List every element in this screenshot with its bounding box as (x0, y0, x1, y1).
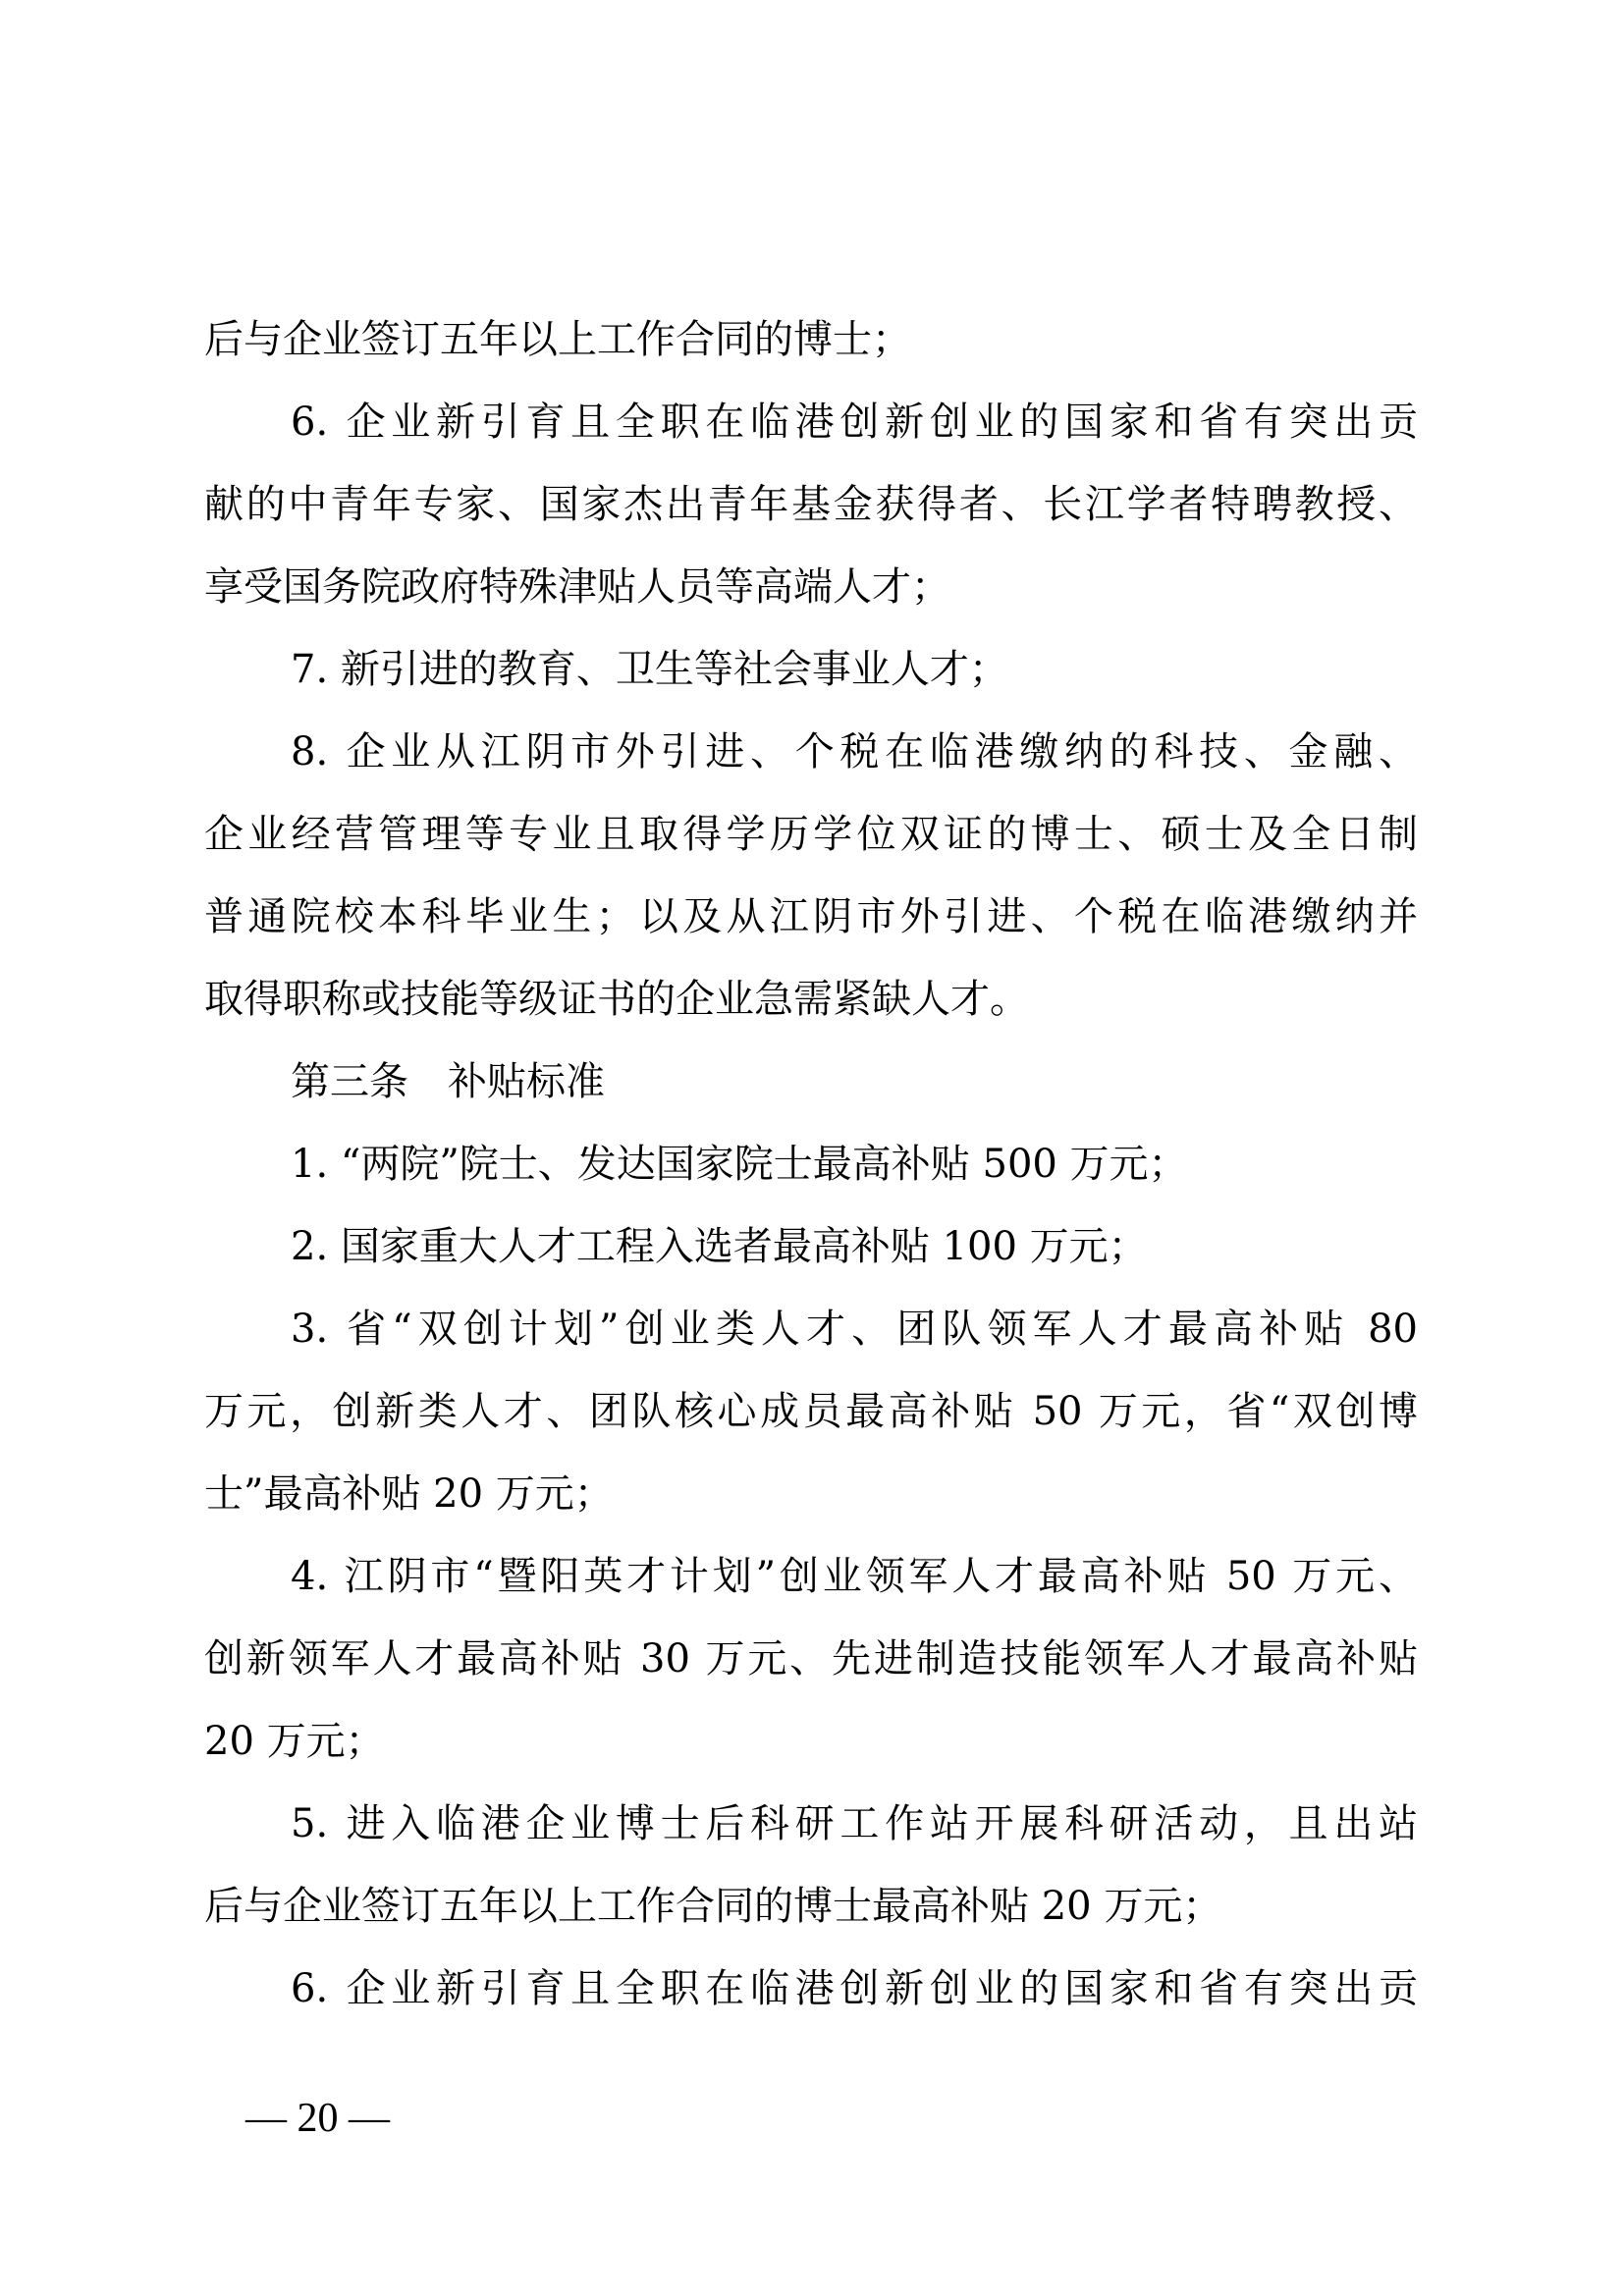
text-line: 创新领军人才最高补贴 30 万元、先进制造技能领军人才最高补贴 (204, 1629, 1418, 1688)
text-line: 4. 江阴市“暨阳英才计划”创业领军人才最高补贴 50 万元、 (291, 1547, 1418, 1606)
text-line: 企业经营管理等专业且取得学历学位双证的博士、硕士及全日制 (204, 805, 1418, 864)
section-heading: 第三条 补贴标准 (291, 1052, 1418, 1111)
text-line: 7. 新引进的教育、卫生等社会事业人才； (291, 640, 1418, 699)
text-line: 2. 国家重大人才工程入选者最高补贴 100 万元； (291, 1217, 1418, 1276)
text-line: 6. 企业新引育且全职在临港创新创业的国家和省有突出贡 (291, 393, 1418, 452)
text-line: 后与企业签订五年以上工作合同的博士最高补贴 20 万元； (204, 1877, 1418, 1936)
document-page: 后与企业签订五年以上工作合同的博士； 6. 企业新引育且全职在临港创新创业的国家… (0, 0, 1624, 2296)
text-line: 后与企业签订五年以上工作合同的博士； (204, 310, 1418, 369)
text-line: 6. 企业新引育且全职在临港创新创业的国家和省有突出贡 (291, 1959, 1418, 2018)
text-line: 5. 进入临港企业博士后科研工作站开展科研活动，且出站 (291, 1794, 1418, 1853)
text-line: 20 万元； (204, 1712, 1418, 1771)
text-line: 普通院校本科毕业生；以及从江阴市外引进、个税在临港缴纳并 (204, 887, 1418, 946)
text-line: 8. 企业从江阴市外引进、个税在临港缴纳的科技、金融、 (291, 722, 1418, 781)
text-line: 享受国务院政府特殊津贴人员等高端人才； (204, 558, 1418, 616)
text-line: 士”最高补贴 20 万元； (204, 1465, 1418, 1523)
text-line: 献的中青年专家、国家杰出青年基金获得者、长江学者特聘教授、 (204, 475, 1418, 534)
text-line: 取得职称或技能等级证书的企业急需紧缺人才。 (204, 970, 1418, 1029)
text-line: 万元，创新类人才、团队核心成员最高补贴 50 万元，省“双创博 (204, 1382, 1418, 1441)
text-line: 3. 省“双创计划”创业类人才、团队领军人才最高补贴 80 (291, 1300, 1418, 1359)
text-line: 1. “两院”院士、发达国家院士最高补贴 500 万元； (291, 1135, 1418, 1194)
page-number: — 20 — (245, 2089, 390, 2148)
